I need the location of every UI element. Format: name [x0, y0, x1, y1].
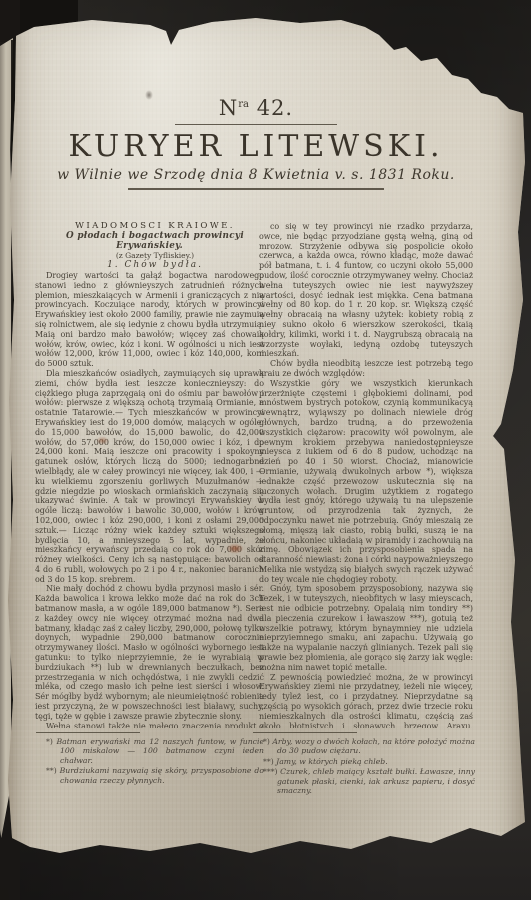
article-paragraph: co się w tey prowincyi nie rzadko przyda…: [259, 222, 473, 359]
footnote-marker: ***): [263, 767, 278, 776]
issue-number: Nra 42.: [30, 96, 482, 120]
issue-prefix: N: [219, 96, 238, 120]
footnote-marker: **): [46, 766, 57, 775]
issue-value: 42.: [249, 96, 293, 120]
article-paragraph: Wełna stanowi także nie małego znaczenia…: [35, 722, 264, 728]
footnote-marker: *): [263, 737, 270, 746]
article-paragraph: Dla mieszkańców osiadłych, zaymuiących s…: [35, 369, 264, 585]
article-paragraph: Z pewnością powiedzieć można, że w prowi…: [259, 673, 473, 728]
article-title: O płodach i bogactwach prowincyi Erywańs…: [35, 232, 264, 252]
footnote-text: Batman erywański ma 12 naszych funtow, w…: [57, 737, 265, 765]
footnote-text: Burdziukami nazywaią się skóry, przyspos…: [60, 766, 264, 784]
footnote-text: Jamy, w których pieką chleb.: [276, 757, 388, 766]
article-paragraph: Gnóy, tym sposobem przysposobiony, nazyw…: [259, 584, 473, 672]
masthead-rule-bottom: [128, 188, 384, 189]
footnote: **) Burdziukami nazywaią się skóry, przy…: [46, 766, 264, 785]
footnote: *) Arby, wozy o dwóch kołach, na które p…: [263, 737, 475, 756]
newspaper-title: KURYER LITEWSKI.: [30, 129, 482, 164]
footnote: *) Batman erywański ma 12 naszych funtow…: [46, 737, 264, 765]
article-paragraph: Chów bydła nieodbitą ieszcze iest potrze…: [259, 359, 473, 379]
article-column-left: WIADOMOŚCI KRAIOWE. O płodach i bogactwa…: [35, 222, 264, 728]
newspaper-page: Nra 42. KURYER LITEWSKI. w Wilnie we Srz…: [0, 0, 531, 900]
masthead-dateline: w Wilnie we Srzodę dnia 8 Kwietnia v. s.…: [30, 167, 482, 183]
footnote-marker: **): [263, 757, 274, 766]
footnote-marker: *): [46, 737, 53, 746]
article-subheading: 1. Chów bydła.: [35, 261, 264, 271]
article-paragraph: Drogiey wartości ta gałąź bogactwa narod…: [35, 271, 264, 369]
article-paragraph: Nie mały dochód z chowu bydła przynosi m…: [35, 584, 264, 721]
footnotes-right: *) Arby, wozy o dwóch kołach, na które p…: [263, 732, 475, 796]
footnote-text: Czurek, chleb maiący kształt bułki. Ława…: [277, 767, 475, 795]
masthead-rule-top: [175, 124, 337, 125]
footnotes-left: *) Batman erywański ma 12 naszych funtow…: [46, 732, 264, 786]
article-column-right: co się w tey prowincyi nie rzadko przyda…: [259, 222, 473, 728]
footnote: ***) Czurek, chleb maiący kształt bułki.…: [263, 767, 475, 795]
article-paragraph: Wszystkie góry we wszystkich kierunkach …: [259, 379, 473, 585]
masthead: Nra 42. KURYER LITEWSKI. w Wilnie we Srz…: [30, 96, 482, 190]
footnote: **) Jamy, w których pieką chleb.: [263, 757, 475, 766]
issue-superscript: ra: [238, 99, 249, 110]
footnote-rule: [253, 732, 357, 733]
footnote-text: Arby, wozy o dwóch kołach, na które poło…: [272, 737, 475, 755]
footnote-rule: [36, 732, 140, 733]
